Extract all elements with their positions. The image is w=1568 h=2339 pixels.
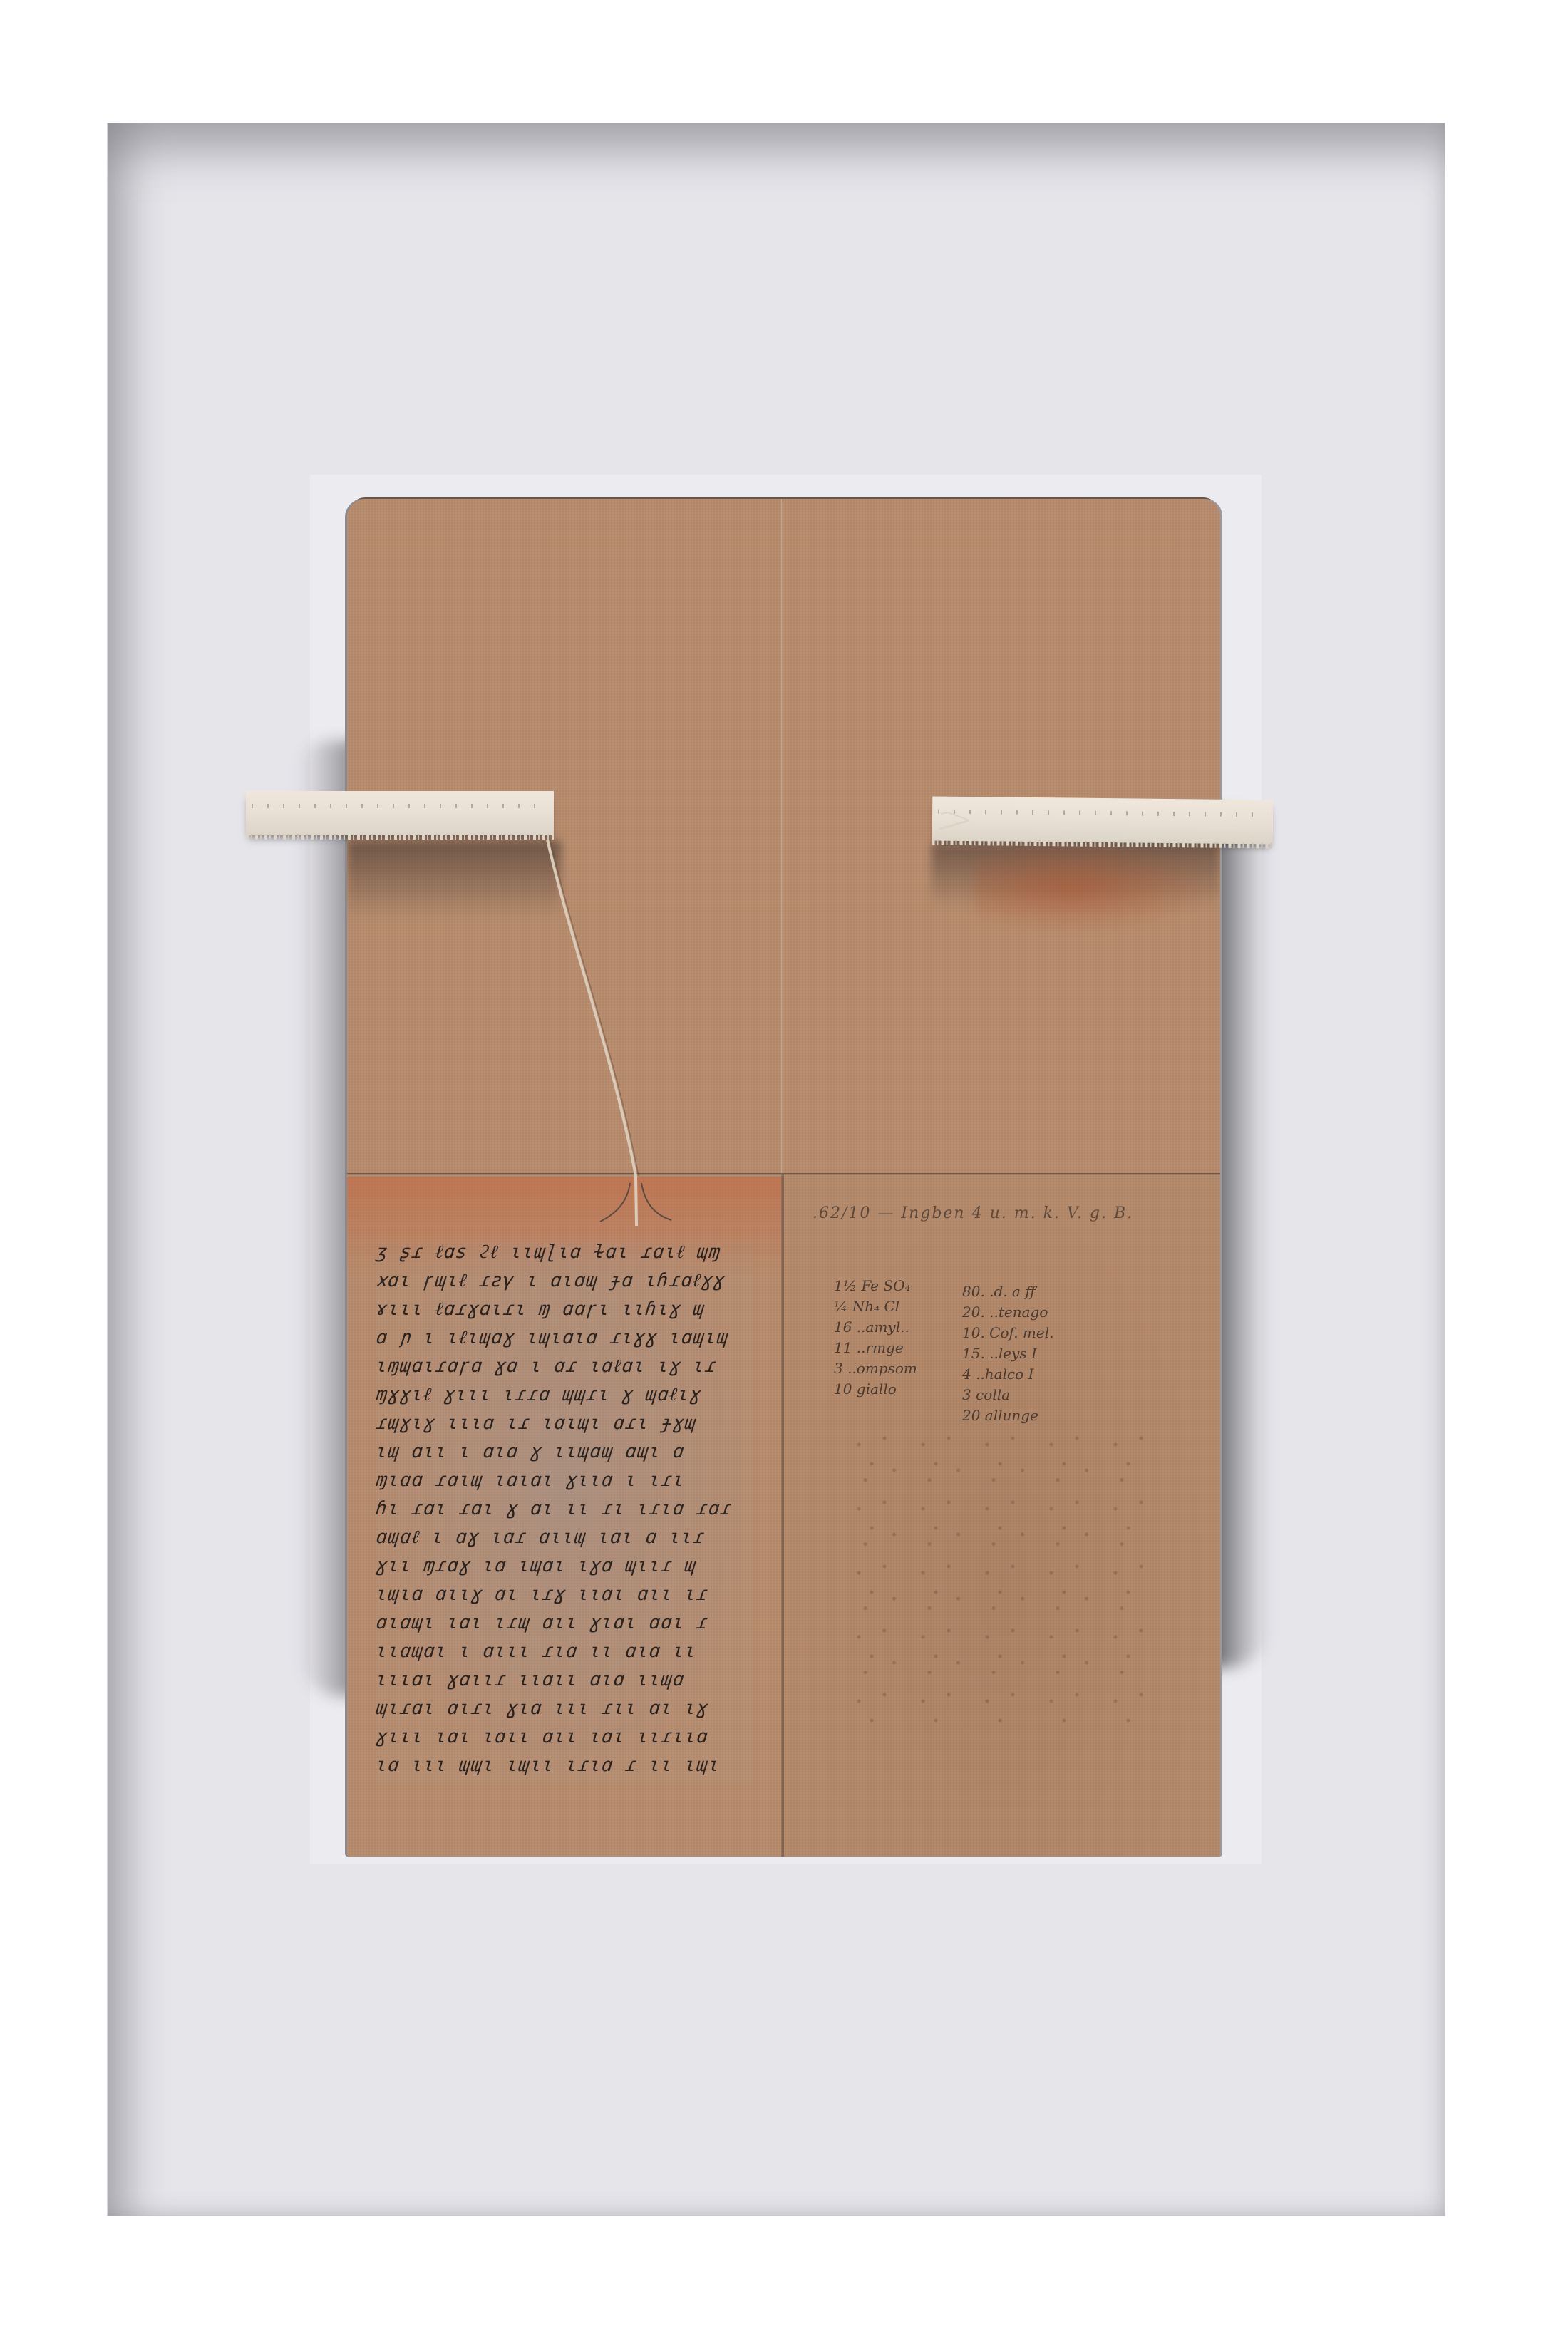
strip-stitch-marks [938, 810, 1267, 817]
script-line: ɱɩɑɑ ɾɑɩɰ ɩɑɩɑɩ ɣɩɩɑ ɩ ɩɾɩ [374, 1470, 753, 1497]
script-line: ɑ ɲ ɩ ɩℓɩɰɑɣ ɩɰɩɑɩɑ ɾɩɣɣ ɩɑɰɩɰ [374, 1327, 753, 1354]
note-item: 10. Cof. mel. [962, 1323, 1053, 1343]
note-item: 4 ..halco I [962, 1364, 1053, 1385]
note-item: 15. ..leys I [962, 1343, 1053, 1364]
script-line: ɩɩɑɰɑɩ ɩ ɑɩɩɩ ɾɩɑ ɩɩ ɑɩɑ ɩɩ [374, 1641, 753, 1668]
notes-column-a: 1½ Fe SO₄ ¼ Nh₄ Cl 16 ..amyl.. 11 ..rmge… [834, 1276, 917, 1400]
note-item: 11 ..rmge [834, 1338, 917, 1358]
script-line: ɣɩɩ ɱɾɑɣ ɩɑ ɩɰɑɩ ɩɣɑ ɰɩɩɾ ɰ [374, 1555, 753, 1582]
note-item: 3 ..ompsom [834, 1358, 917, 1379]
script-line: ɩɰɩɑ ɑɩɩɣ ɑɩ ɩɾɣ ɩɩɑɩ ɑɩɩ ɩɾ [374, 1584, 753, 1611]
note-item: 1½ Fe SO₄ [834, 1276, 917, 1296]
notes-column-b: 80. .d. a ff 20. ..tenago 10. Cof. mel. … [962, 1281, 1053, 1426]
script-line: ʒ ʂɾ ℓɑs ϩℓ ɩɩɰɭɩɑ ɫɑɩ ɾɑɩℓ ɰɱ [374, 1241, 753, 1269]
script-line: ⅹɑɩ ɼɰɩℓ ɾƨγ ɩ ɑɩɑɰ ɟɑ ɩɦɾɑℓɣɣ [374, 1270, 753, 1297]
script-line: ɦɩ ɾɑɩ ɾɑɩ ɣ ɑɩ ɩɩ ɾɩ ɩɾɩɑ ɾɑɾ [374, 1498, 753, 1525]
shadow-under-left-strip [347, 841, 561, 919]
script-line: ɩɰ ɑɩɩ ɩ ɑɩɑ ɣ ɩɩɰɑɰ ɑɰɩ ɑ [374, 1441, 753, 1468]
fabric-strip-left [246, 791, 554, 835]
script-line: ɩɩɩɑɩ ɣɑɩɩɾ ɩɩɑɩɩ ɑɩɑ ɩɩɰɑ [374, 1669, 753, 1696]
vertical-fold-lower [781, 1174, 784, 1857]
script-line: ɱɣɣɩℓ ɣɩɩɩ ɩɾɾɑ ɰɰɾɩ ɣ ɰɑℓɩɣ [374, 1384, 753, 1411]
script-line: ɾɰɣɩɣ ɩɩɩɑ ɩɾ ɩɑɩɰɩ ɑɾɩ ɟɣɰ [374, 1413, 753, 1440]
note-item: 3 colla [962, 1385, 1053, 1405]
note-item: 16 ..amyl.. [834, 1317, 917, 1338]
script-line: ɑɰɑℓ ɩ ɑɣ ɩɑɾ ɑɩɩɰ ɩɑɩ ɑ ɩɩɾ [374, 1527, 753, 1554]
handwritten-notes: .62/10 — Ingben 4 u. m. k. V. g. B. 1½ F… [813, 1204, 1212, 1432]
script-line: ɑɩɑɰɩ ɩɑɩ ɩɾɰ ɑɩɩ ɣɩɑɩ ɑɑɩ ɾ [374, 1612, 753, 1639]
notes-header: .62/10 — Ingben 4 u. m. k. V. g. B. [813, 1204, 1133, 1222]
horizontal-fold [347, 1173, 1220, 1176]
fabric-strip-right [932, 796, 1274, 844]
note-item: ¼ Nh₄ Cl [834, 1296, 917, 1317]
note-item: 20. ..tenago [962, 1302, 1053, 1323]
rust-stain-right [974, 841, 1217, 934]
strip-stitch-marks [252, 804, 548, 808]
asemic-script-block: ʒ ʂɾ ℓɑs ϩℓ ɩɩɰɭɩɑ ɫɑɩ ɾɑɩℓ ɰɱ ⅹɑɩ ɼɰɩℓ … [376, 1241, 752, 1783]
script-line: ɰɩɾɑɩ ɑɩɾɩ ɣɩɑ ɩɩɩ ɾɩɩ ɑɩ ɩɣ [374, 1698, 753, 1725]
note-item: 80. .d. a ff [962, 1281, 1053, 1302]
script-line: ɣɩɩɩ ɩɑɩ ɩɑɩɩ ɑɩɩ ɩɑɩ ɩɩɾɩɩɑ [374, 1726, 753, 1753]
foxing-speckles [846, 1425, 1145, 1725]
script-line: ɩɑ ɩɩɩ ɰɰɩ ɩɰɩɩ ɩɾɩɑ ɾ ɩɩ ɩɰɩ [374, 1755, 753, 1782]
note-item: 20 allunge [962, 1405, 1053, 1426]
script-line: ɤɩɩɩ ℓɑɾɣɑɩɾɩ ɱ ɑɑɼɩ ɩɩɦɩɣ ɰ [374, 1298, 753, 1326]
script-line: ɩɱɰɑɩɾɑɼɑ ɣɑ ɩ ɑɾ ɩɑℓɑɩ ɩɣ ɩɾ [374, 1356, 753, 1383]
note-item: 10 giallo [834, 1379, 917, 1400]
